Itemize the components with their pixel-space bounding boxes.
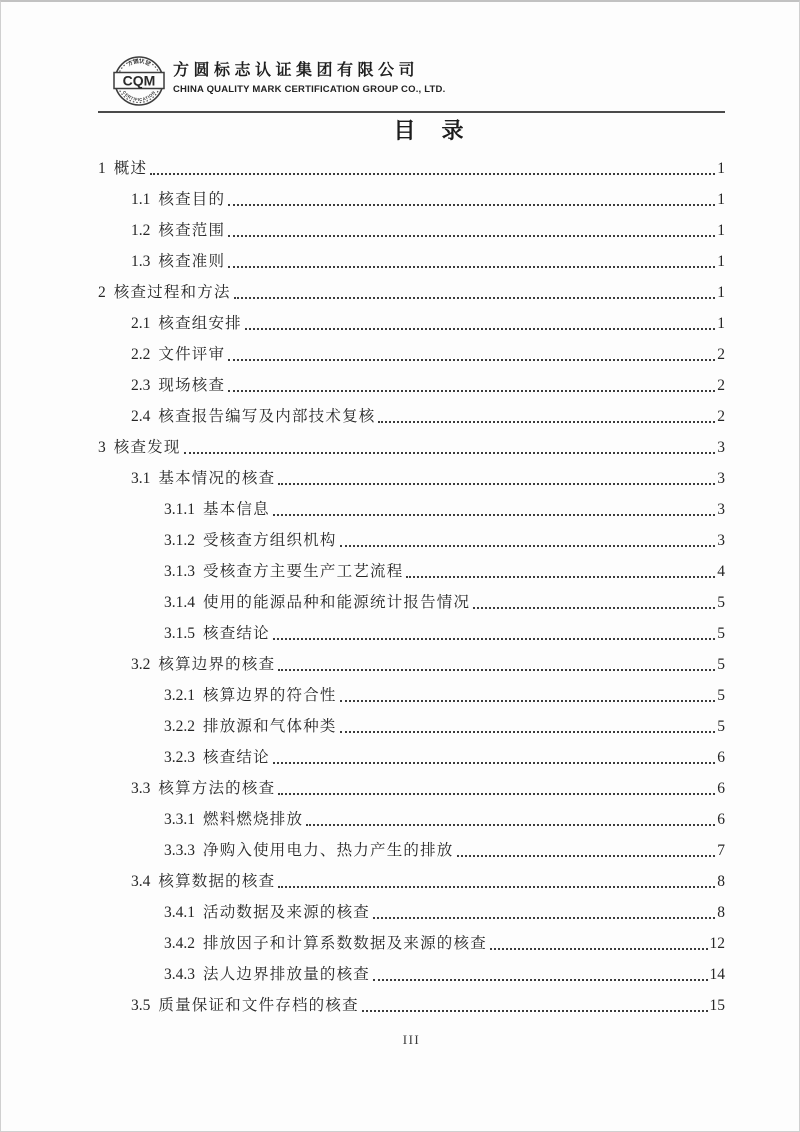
cqm-logo: 方圆认证 CERTIFICATION CQM [111,52,167,110]
toc-entry: 2核查过程和方法1 [98,272,725,303]
toc-entry-number: 2.4 [131,406,150,427]
company-header: 方圆标志认证集团有限公司 CHINA QUALITY MARK CERTIFIC… [173,61,445,95]
toc-entry: 1概述1 [98,148,725,179]
toc-entry-label: 受核查方主要生产工艺流程 [203,561,403,582]
toc-entry-label: 核查发现 [114,437,181,458]
toc-leader-dots [150,173,715,175]
toc-entry-label: 法人边界排放量的核查 [203,964,370,985]
toc-entry: 1.1核查目的1 [98,179,725,210]
toc-leader-dots [362,1010,708,1012]
toc-entry-number: 3.1.2 [164,530,195,551]
toc-entry-page: 12 [710,933,726,954]
toc-entry-number: 2 [98,282,106,303]
toc-entry-number: 3.2.3 [164,747,195,768]
toc-leader-dots [406,576,715,578]
toc-entry: 3.3核算方法的核查6 [98,768,725,799]
toc-leader-dots [245,328,715,330]
toc-entry: 3.3.1燃料燃烧排放6 [98,799,725,830]
toc-entry: 3.2.2排放源和气体种类5 [98,706,725,737]
toc-entry-label: 核算边界的符合性 [203,685,337,706]
toc-entry-label: 文件评审 [158,344,225,365]
toc-entry-page: 1 [717,282,725,303]
toc-entry: 3.1.4使用的能源品种和能源统计报告情况5 [98,582,725,613]
logo-acronym-text: CQM [123,73,156,89]
toc-entry: 3.1.2受核查方组织机构3 [98,520,725,551]
logo-arc-bottom-text: CERTIFICATION [122,90,157,102]
toc-entry-number: 1.3 [131,251,150,272]
toc-entry-label: 活动数据及来源的核查 [203,902,370,923]
toc-entry-number: 3.3.1 [164,809,195,830]
toc-leader-dots [228,204,715,206]
toc-entry-page: 5 [717,623,725,644]
toc-entry-page: 1 [717,251,725,272]
toc-leader-dots [273,762,715,764]
toc-entry-page: 15 [710,995,726,1016]
toc-leader-dots [228,266,715,268]
toc-leader-dots [234,297,716,299]
toc-entry: 3.4.3法人边界排放量的核查14 [98,954,725,985]
toc-entry-label: 核查过程和方法 [114,282,231,303]
toc-entry-label: 排放因子和计算系数数据及来源的核查 [203,933,487,954]
toc-entry-label: 核查目的 [158,189,225,210]
toc-entry-label: 核算方法的核查 [158,778,275,799]
toc-entry-number: 3.1 [131,468,150,489]
toc-entry-page: 1 [717,158,725,179]
toc-entry-page: 5 [717,654,725,675]
toc-leader-dots [273,638,715,640]
toc-entry-number: 2.2 [131,344,150,365]
toc-entry-page: 3 [717,499,725,520]
toc-entry-number: 3.2 [131,654,150,675]
toc-entry-number: 3.3 [131,778,150,799]
toc-entry-label: 受核查方组织机构 [203,530,337,551]
toc-entry-number: 1.2 [131,220,150,241]
toc-entry-label: 基本情况的核查 [158,468,275,489]
toc-entry: 3.4核算数据的核查8 [98,861,725,892]
toc-entry: 3.4.1活动数据及来源的核查8 [98,892,725,923]
toc-leader-dots [278,669,715,671]
toc-leader-dots [340,545,716,547]
toc-leader-dots [340,731,716,733]
toc-entry-page: 8 [717,871,725,892]
toc-entry-number: 3.5 [131,995,150,1016]
toc-entry-number: 3.1.4 [164,592,195,613]
toc-entry-label: 净购入使用电力、热力产生的排放 [203,840,454,861]
toc-entry-label: 燃料燃烧排放 [203,809,303,830]
toc-leader-dots [273,514,715,516]
toc-entry: 3.1.3受核查方主要生产工艺流程4 [98,551,725,582]
toc-entry-number: 3.1.5 [164,623,195,644]
toc-entry-page: 14 [710,964,726,985]
toc-entry: 2.3现场核查2 [98,365,725,396]
page-title: 目 录 [98,114,725,145]
toc-entry-label: 核查准则 [158,251,225,272]
toc-entry-page: 6 [717,747,725,768]
toc-leader-dots [278,793,715,795]
toc-entry-label: 概述 [114,158,147,179]
toc-entry-number: 3.4.2 [164,933,195,954]
toc-entry-page: 3 [717,468,725,489]
toc-entry-page: 5 [717,685,725,706]
toc-entry-number: 3 [98,437,106,458]
toc-entry-page: 1 [717,313,725,334]
toc-entry-number: 3.4.1 [164,902,195,923]
toc-entry-label: 基本信息 [203,499,270,520]
company-name-english: CHINA QUALITY MARK CERTIFICATION GROUP C… [173,84,445,95]
toc-entry: 3.1.5核查结论5 [98,613,725,644]
toc-entry: 3核查发现3 [98,427,725,458]
toc-entry-page: 7 [717,840,725,861]
toc-entry-label: 现场核查 [158,375,225,396]
toc-entry-number: 3.2.1 [164,685,195,706]
toc-entry-number: 3.4.3 [164,964,195,985]
toc-entry-label: 核算边界的核查 [158,654,275,675]
toc-entry-page: 1 [717,220,725,241]
company-name-chinese: 方圆标志认证集团有限公司 [173,61,445,81]
toc-entry: 3.5质量保证和文件存档的核查15 [98,985,725,1016]
toc-leader-dots [278,483,715,485]
toc-entry-page: 2 [717,344,725,365]
toc-leader-dots [378,421,715,423]
toc-leader-dots [184,452,716,454]
page-number: III [98,1032,725,1048]
toc-entry-label: 核查组安排 [158,313,242,334]
toc-entry-page: 3 [717,437,725,458]
toc-entry-number: 3.1.3 [164,561,195,582]
toc-leader-dots [278,886,715,888]
toc-entry-label: 排放源和气体种类 [203,716,337,737]
toc-entry-page: 1 [717,189,725,210]
toc-entry-page: 2 [717,406,725,427]
toc-entry-number: 3.3.3 [164,840,195,861]
toc-entry: 1.2核查范围1 [98,210,725,241]
toc-entry-page: 5 [717,592,725,613]
toc-entry-page: 6 [717,778,725,799]
table-of-contents: 1概述11.1核查目的11.2核查范围11.3核查准则12核查过程和方法12.1… [98,148,725,1016]
toc-entry: 3.1.1基本信息3 [98,489,725,520]
toc-entry: 2.2文件评审2 [98,334,725,365]
toc-entry-page: 6 [717,809,725,830]
toc-entry: 2.1核查组安排1 [98,303,725,334]
toc-entry-page: 8 [717,902,725,923]
toc-entry-page: 4 [717,561,725,582]
toc-entry: 3.3.3净购入使用电力、热力产生的排放7 [98,830,725,861]
toc-entry: 1.3核查准则1 [98,241,725,272]
toc-entry-number: 3.2.2 [164,716,195,737]
toc-leader-dots [340,700,716,702]
toc-entry-page: 5 [717,716,725,737]
header-divider [98,111,725,113]
cqm-logo-icon: 方圆认证 CERTIFICATION CQM [111,52,167,110]
toc-entry-label: 核查结论 [203,747,270,768]
toc-entry: 2.4核查报告编写及内部技术复核2 [98,396,725,427]
toc-entry-number: 1.1 [131,189,150,210]
toc-entry-label: 使用的能源品种和能源统计报告情况 [203,592,470,613]
toc-entry: 3.2.1核算边界的符合性5 [98,675,725,706]
toc-leader-dots [228,390,715,392]
toc-leader-dots [473,607,715,609]
toc-entry-label: 质量保证和文件存档的核查 [158,995,358,1016]
toc-entry: 3.2核算边界的核查5 [98,644,725,675]
toc-leader-dots [306,824,715,826]
toc-leader-dots [490,948,708,950]
toc-leader-dots [373,979,707,981]
svg-text:CERTIFICATION: CERTIFICATION [122,90,157,102]
toc-entry: 3.4.2排放因子和计算系数数据及来源的核查12 [98,923,725,954]
toc-entry: 3.2.3核查结论6 [98,737,725,768]
toc-entry-number: 2.3 [131,375,150,396]
toc-entry-page: 3 [717,530,725,551]
toc-entry-number: 1 [98,158,106,179]
toc-leader-dots [457,855,716,857]
toc-entry-label: 核查结论 [203,623,270,644]
toc-entry-label: 核算数据的核查 [158,871,275,892]
toc-entry-label: 核查范围 [158,220,225,241]
toc-entry-number: 3.1.1 [164,499,195,520]
toc-leader-dots [228,359,715,361]
toc-entry-number: 2.1 [131,313,150,334]
toc-entry-page: 2 [717,375,725,396]
toc-entry-number: 3.4 [131,871,150,892]
toc-entry-label: 核查报告编写及内部技术复核 [158,406,375,427]
toc-leader-dots [373,917,715,919]
toc-entry: 3.1基本情况的核查3 [98,458,725,489]
toc-leader-dots [228,235,715,237]
